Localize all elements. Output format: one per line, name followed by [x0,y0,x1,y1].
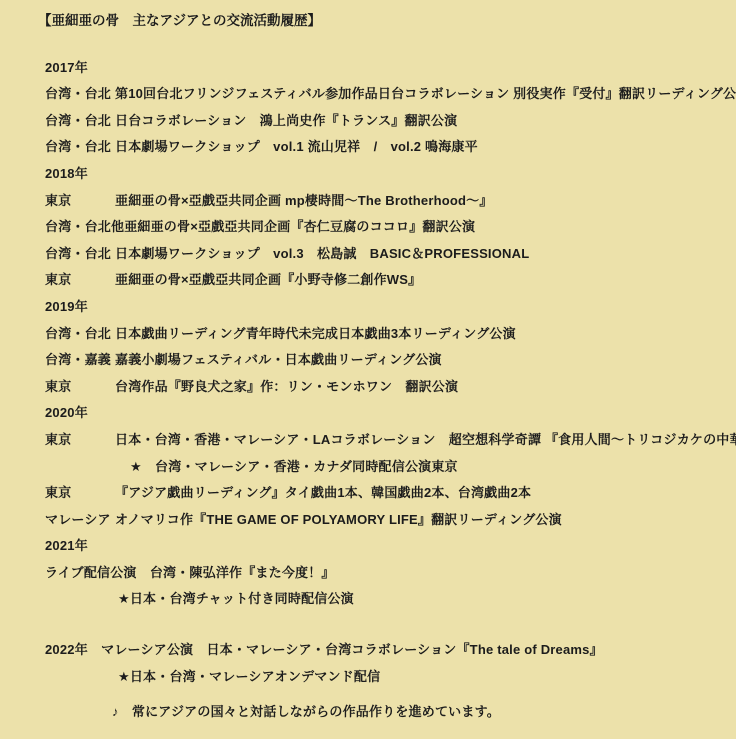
history-line: 台湾・台北 日本劇場ワークショップ vol.3 松島誠 BASIC＆PROFES… [45,241,726,268]
history-line: 東京 『アジア戯曲リーディング』タイ戯曲1本、韓国戯曲2本、台湾戯曲2本 [45,480,726,507]
line-text: 2018年 [45,161,88,188]
line-text: ★ 台湾・マレーシア・香港・カナダ同時配信公演東京 [45,454,458,481]
line-text: 日本劇場ワークショップ vol.1 流山児祥 / vol.2 鳴海康平 [115,134,478,161]
line-text: 2021年 [45,533,88,560]
history-line: 2022年 マレーシア公演 日本・マレーシア・台湾コラボレーション『The ta… [45,637,726,664]
line-text: ★日本・台湾・マレーシアオンデマンド配信 [45,664,380,691]
history-line: 台湾・台北他 亜細亜の骨×亞戲亞共同企画『杏仁豆腐のココロ』翻訳公演 [45,214,726,241]
line-text: 日台コラボレーション 鴻上尚史作『トランス』翻訳公演 [115,108,457,135]
history-line: ♪ 常にアジアの国々と対話しながらの作品作りを進めています。 [45,699,726,726]
line-text: 日本劇場ワークショップ vol.3 松島誠 BASIC＆PROFESSIONAL [115,241,529,268]
location-label: 東京 [45,480,115,507]
history-line: 台湾・台北 第10回台北フリンジフェスティバル参加作品日台コラボレーション 別役… [45,81,726,108]
line-text: 亜細亜の骨×亞戲亞共同企画 mp棲時間～The Brotherhood～』 [115,188,493,215]
year-heading: 2021年 [45,533,726,560]
location-label: 東京 [45,374,115,401]
location-label: 台湾・台北 [45,108,115,135]
location-label: 台湾・台北他 [45,214,124,241]
line-text: オノマリコ作『THE GAME OF POLYAMORY LIFE』翻訳リーディ… [115,507,562,534]
location-label: 台湾・台北 [45,321,115,348]
line-text: ライブ配信公演 台湾・陳弘洋作『また今度！』 [45,560,335,587]
location-label: 東京 [45,267,115,294]
line-text: 2019年 [45,294,88,321]
line-text: 日本・台湾・香港・マレーシア・LAコラボレーション 超空想科学奇譚 『食用人間～… [115,427,736,454]
location-label: マレーシア [45,507,115,534]
history-line: 東京 台湾作品『野良犬之家』作：リン・モンホワン 翻訳公演 [45,374,726,401]
line-text: 『アジア戯曲リーディング』タイ戯曲1本、韓国戯曲2本、台湾戯曲2本 [115,480,531,507]
history-line: 東京 亜細亜の骨×亞戲亞共同企画 mp棲時間～The Brotherhood～』 [45,188,726,215]
page-title: 【亜細亜の骨 主なアジアとの交流活動履歴】 [38,8,726,35]
location-label: 東京 [45,427,115,454]
activity-history-document: 【亜細亜の骨 主なアジアとの交流活動履歴】 2017年 台湾・台北 第10回台北… [0,0,736,739]
location-label: 台湾・台北 [45,134,115,161]
location-label: 台湾・台北 [45,241,115,268]
history-line: 台湾・台北 日台コラボレーション 鴻上尚史作『トランス』翻訳公演 [45,108,726,135]
history-line: 東京 日本・台湾・香港・マレーシア・LAコラボレーション 超空想科学奇譚 『食用… [45,427,726,454]
history-line: ライブ配信公演 台湾・陳弘洋作『また今度！』 [45,560,726,587]
history-line: ★ 台湾・マレーシア・香港・カナダ同時配信公演東京 [45,454,726,481]
history-line: ★日本・台湾チャット付き同時配信公演 [45,586,726,613]
location-label: 台湾・台北 [45,81,115,108]
year-heading: 2020年 [45,400,726,427]
history-line: ★日本・台湾・マレーシアオンデマンド配信 [45,664,726,691]
line-text: 台湾作品『野良犬之家』作：リン・モンホワン 翻訳公演 [115,374,458,401]
year-heading: 2019年 [45,294,726,321]
history-line: 台湾・台北 日本劇場ワークショップ vol.1 流山児祥 / vol.2 鳴海康… [45,134,726,161]
line-text: 亜細亜の骨×亞戲亞共同企画『杏仁豆腐のココロ』翻訳公演 [124,214,475,241]
location-label: 台湾・嘉義 [45,347,115,374]
line-text: ★日本・台湾チャット付き同時配信公演 [45,586,354,613]
history-line: マレーシア オノマリコ作『THE GAME OF POLYAMORY LIFE』… [45,507,726,534]
year-heading: 2017年 [45,55,726,82]
history-line: 台湾・台北 日本戯曲リーディング青年時代未完成日本戯曲3本リーディング公演 [45,321,726,348]
year-heading: 2018年 [45,161,726,188]
line-text: 2022年 マレーシア公演 日本・マレーシア・台湾コラボレーション『The ta… [45,637,603,664]
line-text: ♪ 常にアジアの国々と対話しながらの作品作りを進めています。 [45,699,500,726]
history-line: 台湾・嘉義 嘉義小劇場フェスティバル・日本戯曲リーディング公演 [45,347,726,374]
line-text: 日本戯曲リーディング青年時代未完成日本戯曲3本リーディング公演 [115,321,516,348]
history-line: 東京 亜細亜の骨×亞戲亞共同企画『小野寺修二創作WS』 [45,267,726,294]
history-lines: 2017年 台湾・台北 第10回台北フリンジフェスティバル参加作品日台コラボレー… [45,55,726,726]
line-text: 第10回台北フリンジフェスティバル参加作品日台コラボレーション 別役実作『受付』… [115,81,736,108]
line-text: 亜細亜の骨×亞戲亞共同企画『小野寺修二創作WS』 [115,267,421,294]
line-text: 嘉義小劇場フェスティバル・日本戯曲リーディング公演 [115,347,442,374]
line-text: 2020年 [45,400,88,427]
location-label: 東京 [45,188,115,215]
line-text: 2017年 [45,55,88,82]
